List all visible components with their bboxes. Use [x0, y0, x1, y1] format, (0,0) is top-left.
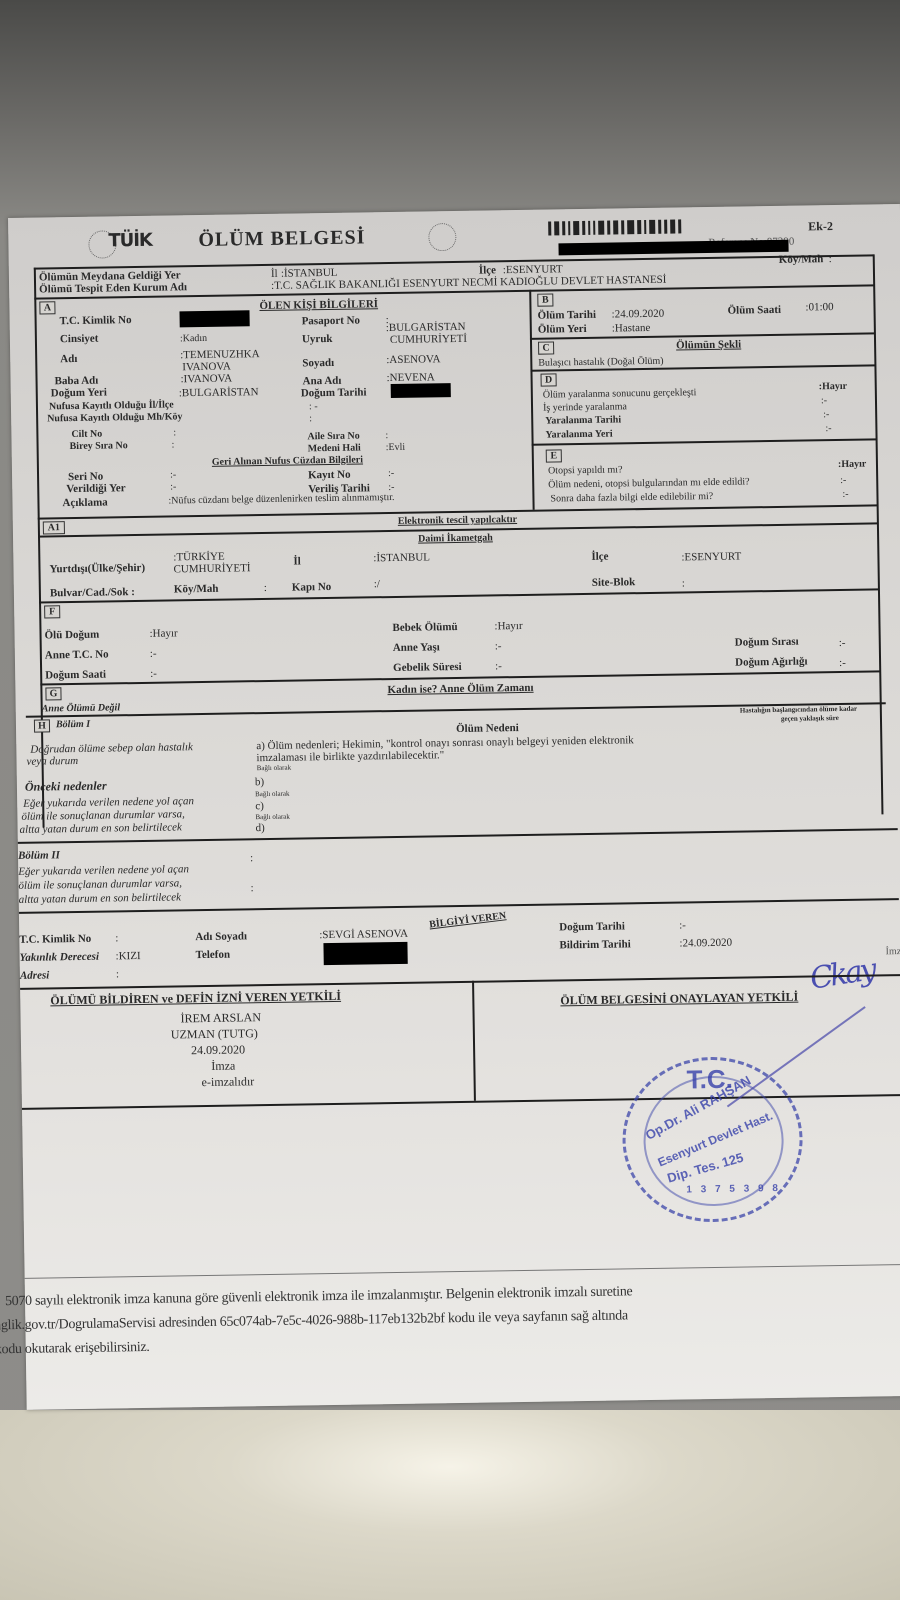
section-c-heading: Ölümün Şekli — [676, 338, 741, 351]
otopsi-value: :Hayır — [838, 459, 866, 470]
footer-line1: 5070 sayılı elektronik imza kanuna göre … — [5, 1284, 633, 1310]
section-d-letter: D — [541, 373, 557, 386]
site-blok-value: : — [682, 577, 685, 589]
olu-dogum-label: Ölü Doğum — [44, 629, 99, 642]
is-yerinde-value: :- — [821, 395, 827, 406]
bolum-2-label: Bölüm II — [18, 849, 60, 862]
cuzdan-heading: Geri Alınan Nufus Cüzdan Bilgileri — [212, 454, 363, 467]
uyruk-value-line2: CUMHURİYETİ — [390, 333, 467, 346]
tuik-logo: TÜİK — [108, 230, 152, 252]
yurtdisi-label: Yurtdışı(Ülke/Şehir) — [49, 562, 145, 575]
health-ministry-emblem-icon — [428, 223, 456, 251]
nufus-il-ilce-label: Nufusa Kayıtlı Olduğu İl/İlçe — [49, 399, 174, 412]
olum-tarihi-value: :24.09.2020 — [611, 308, 664, 321]
redacted-tc-kimlik-no — [179, 310, 249, 327]
soyadi-label: Soyadı — [302, 357, 334, 369]
dogum-sirasi-label: Doğum Sırası — [735, 636, 799, 649]
f-dogum-saati-label: Doğum Saati — [45, 669, 106, 682]
kapi-no-value: :/ — [374, 578, 380, 590]
section-a1-letter: A1 — [43, 521, 65, 534]
adi-label: Adı — [60, 353, 77, 365]
approver-signature — [727, 1006, 866, 1107]
yaralanma-yeri-label: Yaralanma Yeri — [545, 429, 612, 441]
baba-adi-label: Baba Adı — [54, 375, 98, 388]
cause-c-label: c) — [255, 800, 264, 812]
aile-sira-no-value: : — [385, 430, 388, 441]
informant-adi-soyadi-value: :SEVGİ ASENOVA — [319, 928, 408, 941]
cause-a-text-line2: imzalaması ile birlikte yazdırılabilecek… — [256, 749, 444, 764]
table-surface — [0, 1410, 900, 1600]
seri-no-label: Seri No — [68, 471, 103, 484]
document-title: ÖLÜM BELGESİ — [198, 226, 365, 252]
otopsi-bulgulari-label: Ölüm nedeni, otopsi bulgularından mı eld… — [548, 476, 750, 490]
footer-line2: https://ebelge.saglik.gov.tr/DogrulamaSe… — [0, 1308, 628, 1335]
gebelik-suresi-label: Gebelik Süresi — [393, 661, 462, 674]
section-a-letter: A — [39, 301, 55, 314]
stamp-digits: 1 3 7 5 3 9 8 — [686, 1183, 781, 1195]
onceki-nedenler-label: Önceki nedenler — [25, 779, 107, 795]
cinsiyet-label: Cinsiyet — [60, 333, 99, 346]
a1-il-value: :İSTANBUL — [373, 551, 430, 564]
redacted-address — [558, 240, 788, 256]
sure-heading-line2: geçen yaklaşık süre — [781, 714, 839, 723]
adi-value-line2: IVANOVA — [182, 361, 231, 374]
telefon-label: Telefon — [196, 949, 231, 962]
death-certificate-document: TÜİK ÖLÜM BELGESİ Ek-2 Referans No:87290… — [8, 204, 900, 1410]
yurtdisi-value-line2: CUMHURİYETİ — [173, 562, 250, 575]
bagli-olarak-a: Bağlı olarak — [257, 764, 292, 773]
nufus-mh-koy-label: Nufusa Kayıtlı Olduğu Mh/Köy — [47, 411, 182, 424]
informant-kimlik-no-value: : — [115, 932, 118, 944]
nufus-mh-koy-value: : — [309, 413, 312, 424]
cilt-no-label: Cilt No — [71, 429, 102, 440]
verildigi-yer-label: Verildiği Yer — [66, 482, 126, 495]
ilce-label: İlçe — [479, 264, 496, 276]
left-signatory-title: UZMAN (TUTG) — [171, 1026, 258, 1042]
footer-line3: bulunan karekodu okutarak erişebilirsini… — [0, 1340, 150, 1360]
bildirim-tarihi-value: :24.09.2020 — [679, 937, 732, 950]
kayit-no-value: :- — [388, 468, 394, 479]
olu-dogum-value: :Hayır — [149, 627, 177, 639]
left-signatory-name: İREM ARSLAN — [180, 1010, 261, 1026]
aciklama-value: :Nüfus cüzdanı belge düzenlenirken tesli… — [168, 492, 394, 507]
section-g-heading: Kadın ise? Anne Ölüm Zamanı — [387, 682, 533, 696]
dogrudan-neden-line1: Doğrudan ölüme sebep olan hastalık — [30, 741, 193, 756]
bolum-2-line2: ölüm ile sonuçlanan durumlar varsa, — [18, 877, 182, 892]
otopsi-label: Otopsi yapıldı mı? — [548, 464, 623, 476]
olum-yeri-value: :Hastane — [612, 322, 651, 335]
bolum-2-colon-2: : — [250, 882, 253, 894]
il-value: :İSTANBUL — [281, 267, 338, 280]
dogum-agirligi-label: Doğum Ağırlığı — [735, 655, 808, 668]
dogrudan-neden-line2: veya durum — [26, 755, 78, 768]
soyadi-value: :ASENOVA — [386, 353, 440, 366]
uyruk-label: Uyruk — [302, 333, 333, 345]
kurum-label: Ölümü Tespit Eden Kurum Adı — [39, 281, 187, 295]
bagli-olarak-b: Bağlı olarak — [255, 790, 290, 799]
a1-koy-mah-value: : — [264, 582, 267, 594]
site-blok-label: Site-Blok — [592, 576, 636, 589]
yakinlik-label: Yakınlık Derecesi — [20, 951, 100, 964]
olum-saati-label: Ölüm Saati — [727, 304, 781, 317]
informant-kimlik-no-label: T.C. Kimlik No — [19, 933, 91, 946]
dogum-agirligi-value: :- — [839, 657, 846, 669]
pasaport-no-label: Pasaport No — [302, 314, 361, 327]
seri-no-value: :- — [170, 469, 176, 480]
anne-tc-no-label: Anne T.C. No — [45, 648, 109, 661]
dogum-yeri-label: Doğum Yeri — [51, 386, 107, 399]
ana-adi-label: Ana Adı — [303, 375, 342, 388]
cause-d-label: d) — [256, 822, 265, 834]
a1-ilce-value: :ESENYURT — [681, 551, 741, 564]
cilt-no-value: : — [173, 427, 176, 438]
olumun-sekli-value: Bulaşıcı hastalık (Doğal Ölüm) — [538, 356, 663, 369]
dogum-sirasi-value: :- — [839, 637, 846, 649]
kayit-no-label: Kayıt No — [308, 469, 351, 482]
informant-adi-soyadi-label: Adı Soyadı — [195, 930, 247, 943]
cause-b-label: b) — [255, 776, 264, 788]
bilgiyi-veren-heading: BİLGİYİ VEREN — [429, 910, 507, 930]
bolum-1-label: Bölüm I — [56, 719, 90, 731]
yaralanma-yeri-value: :- — [825, 423, 831, 434]
informant-dogum-tarihi-value: :- — [679, 919, 686, 931]
onceki-line3: altta yatan durum en son belirtilecek — [20, 821, 182, 836]
bulvar-label: Bulvar/Cad./Sok : — [50, 586, 135, 599]
official-stamp: T.C. Op.Dr. Ali RAHŞAN Esenyurt Devlet H… — [621, 1056, 804, 1224]
informant-dogum-tarihi-label: Doğum Tarihi — [559, 920, 625, 933]
sure-heading-line1: Hastalığın başlangıcından ölüme kadar — [740, 705, 857, 715]
adres-value: : — [116, 968, 119, 980]
left-signatory-imza: İmza — [211, 1059, 235, 1074]
a1-koy-mah-label: Köy/Mah — [174, 583, 219, 596]
yurtdisi-value-line1: :TÜRKİYE — [173, 551, 225, 564]
dogum-tarihi-label: Doğum Tarihi — [301, 386, 367, 399]
aciklama-label: Açıklama — [62, 496, 107, 509]
right-signatory-heading: ÖLÜM BELGESİNİ ONAYLAYAN YETKİLİ — [560, 990, 798, 1009]
birey-sira-no-label: Birey Sıra No — [70, 440, 128, 452]
kapi-no-label: Kapı No — [292, 581, 332, 594]
section-g-letter: G — [45, 687, 61, 700]
section-b-letter: B — [537, 293, 553, 306]
section-c-letter: C — [538, 341, 554, 354]
section-h-letter: H — [34, 719, 50, 732]
redacted-dogum-tarihi — [391, 383, 451, 398]
bildirim-tarihi-label: Bildirim Tarihi — [559, 938, 630, 951]
medeni-hali-label: Medeni Hali — [308, 442, 361, 454]
olum-yeri-label: Ölüm Yeri — [538, 323, 587, 336]
left-signatory-heading: ÖLÜMÜ BİLDİREN ve DEFİN İZNİ VEREN YETKİ… — [50, 989, 341, 1009]
section-a-heading: ÖLEN KİŞİ BİLGİLERİ — [259, 298, 378, 312]
a1-ilce-label: İlçe — [591, 551, 608, 563]
bolum-2-line3: altta yatan durum en son belirtilecek — [19, 891, 181, 906]
yaralanma-tarihi-value: :- — [823, 409, 829, 420]
form-code: Ek-2 — [808, 219, 833, 234]
gebelik-suresi-value: :- — [495, 660, 502, 672]
olum-nedeni-heading: Ölüm Nedeni — [456, 722, 519, 735]
yaralanma-tarihi-label: Yaralanma Tarihi — [545, 414, 621, 426]
birey-sira-no-value: : — [171, 439, 174, 450]
yakinlik-value: :KIZI — [116, 950, 141, 962]
aile-sira-no-label: Aile Sıra No — [307, 431, 359, 443]
barcode — [548, 219, 681, 235]
bebek-olumu-label: Bebek Ölümü — [392, 621, 457, 634]
anne-yasi-label: Anne Yaşı — [393, 641, 440, 654]
redacted-telefon — [323, 942, 407, 965]
yaralanma-sonucu-value: :Hayır — [819, 381, 847, 392]
section-f-letter: F — [44, 605, 60, 618]
il-label: İl — [271, 268, 278, 280]
section-e-letter: E — [546, 449, 562, 462]
baba-adi-value: :IVANOVA — [180, 373, 232, 386]
ana-adi-value: :NEVENA — [386, 371, 434, 384]
anne-yasi-value: :- — [495, 640, 502, 652]
verildigi-yer-value: :- — [170, 481, 176, 492]
f-dogum-saati-value: :- — [150, 668, 157, 680]
cinsiyet-value: :Kadın — [180, 333, 207, 344]
informant-imza-label: İmza — [886, 946, 900, 957]
olum-tarihi-label: Ölüm Tarihi — [538, 309, 597, 322]
medeni-hali-value: :Evli — [386, 442, 406, 453]
bagli-olarak-c: Bağlı olarak — [255, 813, 290, 822]
section-a1-heading: Elektronik tescil yapılcaktır — [398, 514, 517, 527]
left-signatory-date: 24.09.2020 — [191, 1042, 245, 1058]
fazla-bilgi-value: :- — [842, 489, 848, 500]
anne-tc-no-value: :- — [150, 648, 157, 660]
is-yerinde-label: İş yerinde yaralanma — [543, 401, 627, 413]
dogum-yeri-value: :BULGARİSTAN — [179, 386, 259, 399]
fazla-bilgi-label: Sonra daha fazla bilgi elde edilebilir m… — [550, 491, 713, 505]
a1-il-label: İl — [293, 555, 301, 567]
otopsi-bulgulari-value: :- — [840, 475, 846, 486]
adres-label: Adresi — [20, 969, 50, 981]
ilce-value: :ESENYURT — [503, 263, 563, 276]
olum-saati-value: :01:00 — [805, 301, 833, 313]
daimi-ikametgah-heading: Daimi İkametgah — [418, 532, 493, 544]
left-signatory-eimza: e-imzalıdır — [201, 1074, 254, 1090]
bolum-2-colon-1: : — [250, 852, 253, 864]
yaralanma-sonucu-label: Ölüm yaralanma sonucunu gerçekleşti — [543, 387, 697, 400]
nufus-il-ilce-value: : - — [309, 401, 318, 412]
cause-a-text: a) Ölüm nedenleri; Hekimin, "kontrol ona… — [256, 734, 634, 752]
anne-olumu-value: Anne Ölümü Değil — [42, 702, 121, 714]
adi-value-line1: :TEMENUZHKA — [180, 348, 260, 361]
tc-kimlik-no-label: T.C. Kimlik No — [60, 314, 132, 327]
bebek-olumu-value: :Hayır — [494, 620, 522, 632]
bolum-2-line1: Eğer yukarıda verilen nedene yol açan — [18, 863, 189, 878]
